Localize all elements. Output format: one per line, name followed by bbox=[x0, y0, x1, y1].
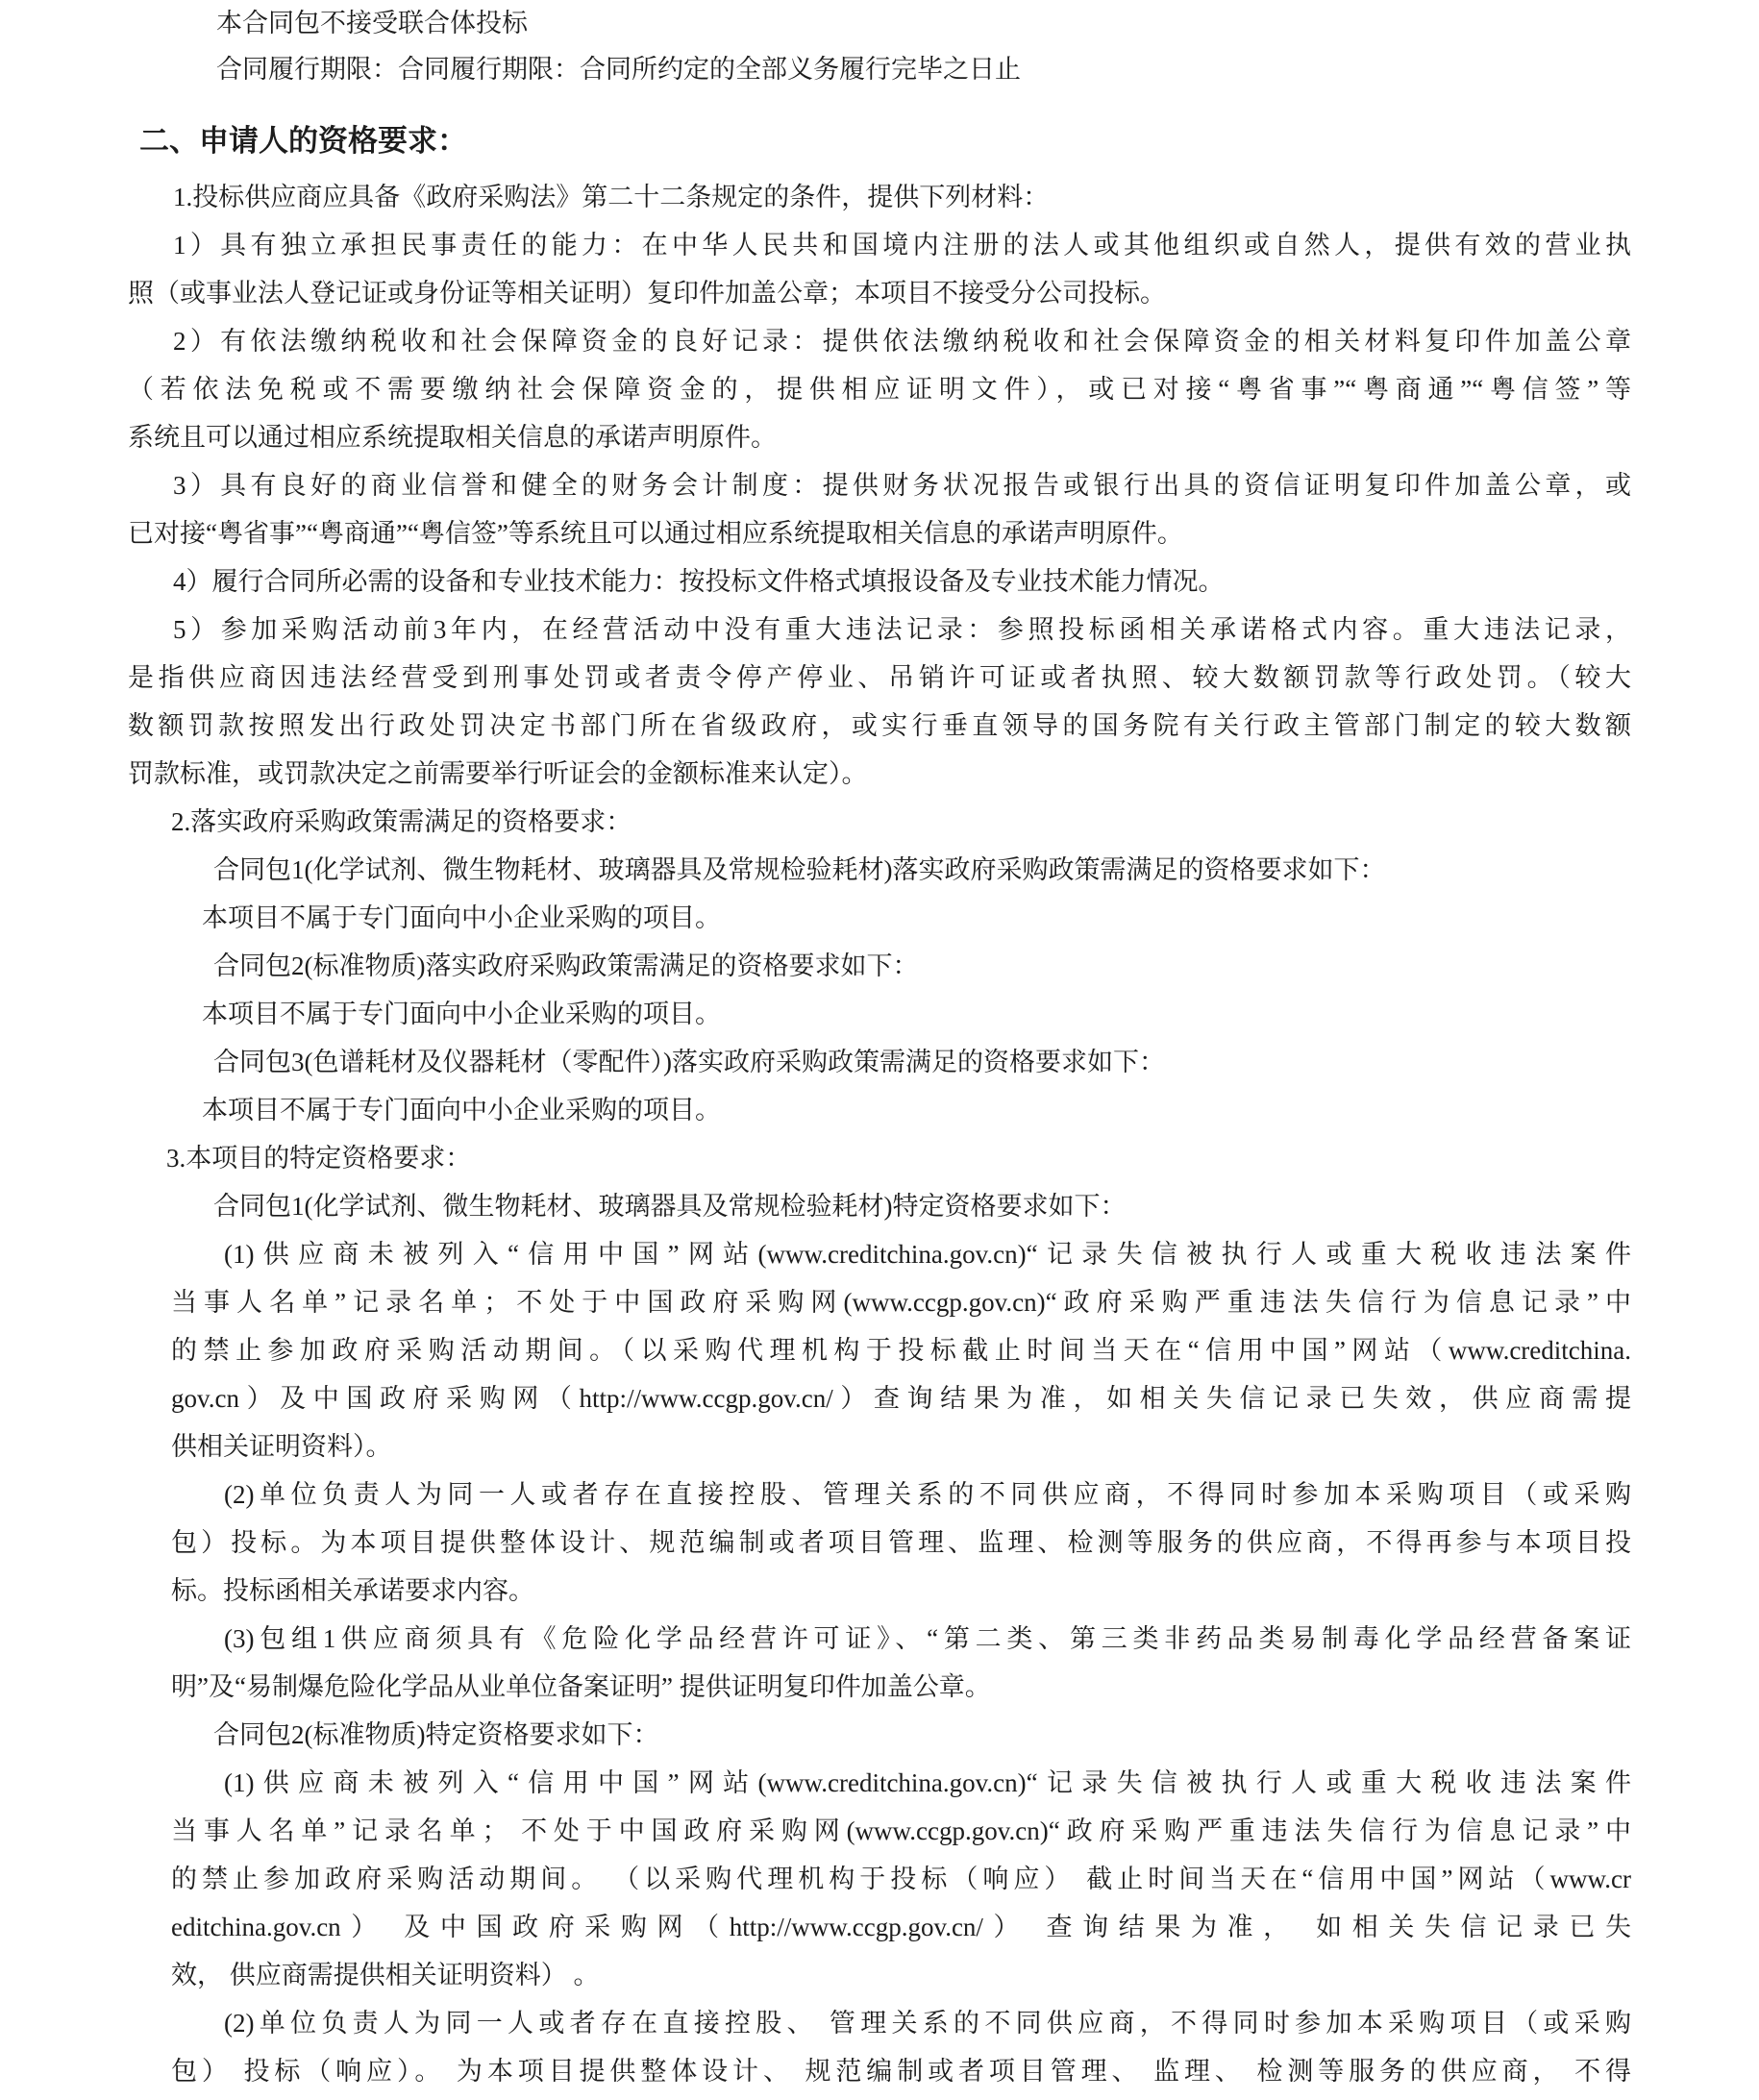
text-line: gov.cn）及中国政府采购网（http://www.ccgp.gov.cn/）… bbox=[128, 1374, 1631, 1422]
text-line: (3)包组1供应商须具有《危险化学品经营许可证》、“第二类、第三类非药品类易制毒… bbox=[128, 1615, 1631, 1663]
text-line: 本项目不属于专门面向中小企业采购的项目。 bbox=[128, 894, 1631, 942]
text-line: 当事人名单”记录名单；不处于中国政府采购网(www.ccgp.gov.cn)“政… bbox=[128, 1278, 1631, 1326]
text-line: 照（或事业法人登记证或身份证等相关证明）复印件加盖公章；本项目不接受分公司投标。 bbox=[128, 269, 1631, 317]
text-line: 明”及“易制爆危险化学品从业单位备案证明” 提供证明复印件加盖公章。 bbox=[128, 1663, 1631, 1711]
text-line: 包） 投标（响应）。 为本项目提供整体设计、 规范编制或者项目管理、 监理、 检… bbox=[128, 2047, 1631, 2095]
text-line: 已对接“粤省事”“粤商通”“粤信签”等系统且可以通过相应系统提取相关信息的承诺声… bbox=[128, 509, 1631, 557]
text-line: 系统且可以通过相应系统提取相关信息的承诺声明原件。 bbox=[128, 413, 1631, 461]
text-line: 2）有依法缴纳税收和社会保障资金的良好记录：提供依法缴纳税收和社会保障资金的相关… bbox=[128, 317, 1631, 365]
section-heading: 二、申请人的资格要求： bbox=[128, 116, 1631, 166]
text-line: 3）具有良好的商业信誉和健全的财务会计制度：提供财务状况报告或银行出具的资信证明… bbox=[128, 461, 1631, 509]
text-line: 合同包3(色谱耗材及仪器耗材（零配件）)落实政府采购政策需满足的资格要求如下： bbox=[128, 1038, 1631, 1086]
text-line: 本项目不属于专门面向中小企业采购的项目。 bbox=[128, 990, 1631, 1038]
text-line: (2)单位负责人为同一人或者存在直接控股、 管理关系的不同供应商，不得同时参加本… bbox=[128, 1999, 1631, 2047]
text-line: 2.落实政府采购政策需满足的资格要求： bbox=[128, 798, 1631, 846]
text-line: 是指供应商因违法经营受到刑事处罚或者责令停产停业、吊销许可证或者执照、较大数额罚… bbox=[128, 654, 1631, 702]
text-line: 1）具有独立承担民事责任的能力：在中华人民共和国境内注册的法人或其他组织或自然人… bbox=[128, 221, 1631, 269]
text-line: 的禁止参加政府采购活动期间。 （以采购代理机构于投标（响应） 截止时间当天在“信… bbox=[128, 1855, 1631, 1903]
text-line: 5）参加采购活动前3年内，在经营活动中没有重大违法记录：参照投标函相关承诺格式内… bbox=[128, 605, 1631, 654]
text-line: (1)供应商未被列入“信用中国”网站(www.creditchina.gov.c… bbox=[128, 1230, 1631, 1278]
text-line: (2)单位负责人为同一人或者存在直接控股、管理关系的不同供应商，不得同时参加本采… bbox=[128, 1470, 1631, 1519]
text-line: 包）投标。为本项目提供整体设计、规范编制或者项目管理、监理、检测等服务的供应商，… bbox=[128, 1519, 1631, 1567]
text-line: 的禁止参加政府采购活动期间。（以采购代理机构于投标截止时间当天在“信用中国”网站… bbox=[128, 1326, 1631, 1374]
text-line: (1)供应商未被列入“信用中国”网站(www.creditchina.gov.c… bbox=[128, 1759, 1631, 1807]
text-line: 供相关证明资料）。 bbox=[128, 1422, 1631, 1470]
text-line: 罚款标准，或罚款决定之前需要举行听证会的金额标准来认定）。 bbox=[128, 750, 1631, 798]
text-line: 本合同包不接受联合体投标 bbox=[128, 0, 1631, 46]
text-line: 当事人名单”记录名单； 不处于中国政府采购网(www.ccgp.gov.cn)“… bbox=[128, 1807, 1631, 1855]
text-line: 4）履行合同所必需的设备和专业技术能力：按投标文件格式填报设备及专业技术能力情况… bbox=[128, 557, 1631, 605]
text-line: editchina.gov.cn） 及中国政府采购网（http://www.cc… bbox=[128, 1903, 1631, 1951]
text-line: 1.投标供应商应具备《政府采购法》第二十二条规定的条件，提供下列材料： bbox=[128, 173, 1631, 221]
text-line: 标。投标函相关承诺要求内容。 bbox=[128, 1567, 1631, 1615]
text-line: 本项目不属于专门面向中小企业采购的项目。 bbox=[128, 1086, 1631, 1134]
intro-paragraph: 本合同包不接受联合体投标合同履行期限：合同履行期限：合同所约定的全部义务履行完毕… bbox=[128, 0, 1631, 92]
text-line: 3.本项目的特定资格要求： bbox=[128, 1134, 1631, 1182]
text-line: 效， 供应商需提供相关证明资料） 。 bbox=[128, 1951, 1631, 1999]
text-line: （若依法免税或不需要缴纳社会保障资金的，提供相应证明文件），或已对接“粤省事”“… bbox=[128, 365, 1631, 413]
section-body: 1.投标供应商应具备《政府采购法》第二十二条规定的条件，提供下列材料：1）具有独… bbox=[128, 173, 1631, 2095]
text-line: 数额罚款按照发出行政处罚决定书部门所在省级政府，或实行垂直领导的国务院有关行政主… bbox=[128, 702, 1631, 750]
text-line: 合同包2(标准物质)特定资格要求如下： bbox=[128, 1711, 1631, 1759]
text-line: 合同履行期限：合同履行期限：合同所约定的全部义务履行完毕之日止 bbox=[128, 46, 1631, 92]
text-line: 合同包1(化学试剂、微生物耗材、玻璃器具及常规检验耗材)落实政府采购政策需满足的… bbox=[128, 846, 1631, 894]
text-line: 合同包1(化学试剂、微生物耗材、玻璃器具及常规检验耗材)特定资格要求如下： bbox=[128, 1182, 1631, 1230]
document-page: 本合同包不接受联合体投标合同履行期限：合同履行期限：合同所约定的全部义务履行完毕… bbox=[0, 0, 1631, 2095]
text-line: 合同包2(标准物质)落实政府采购政策需满足的资格要求如下： bbox=[128, 942, 1631, 990]
